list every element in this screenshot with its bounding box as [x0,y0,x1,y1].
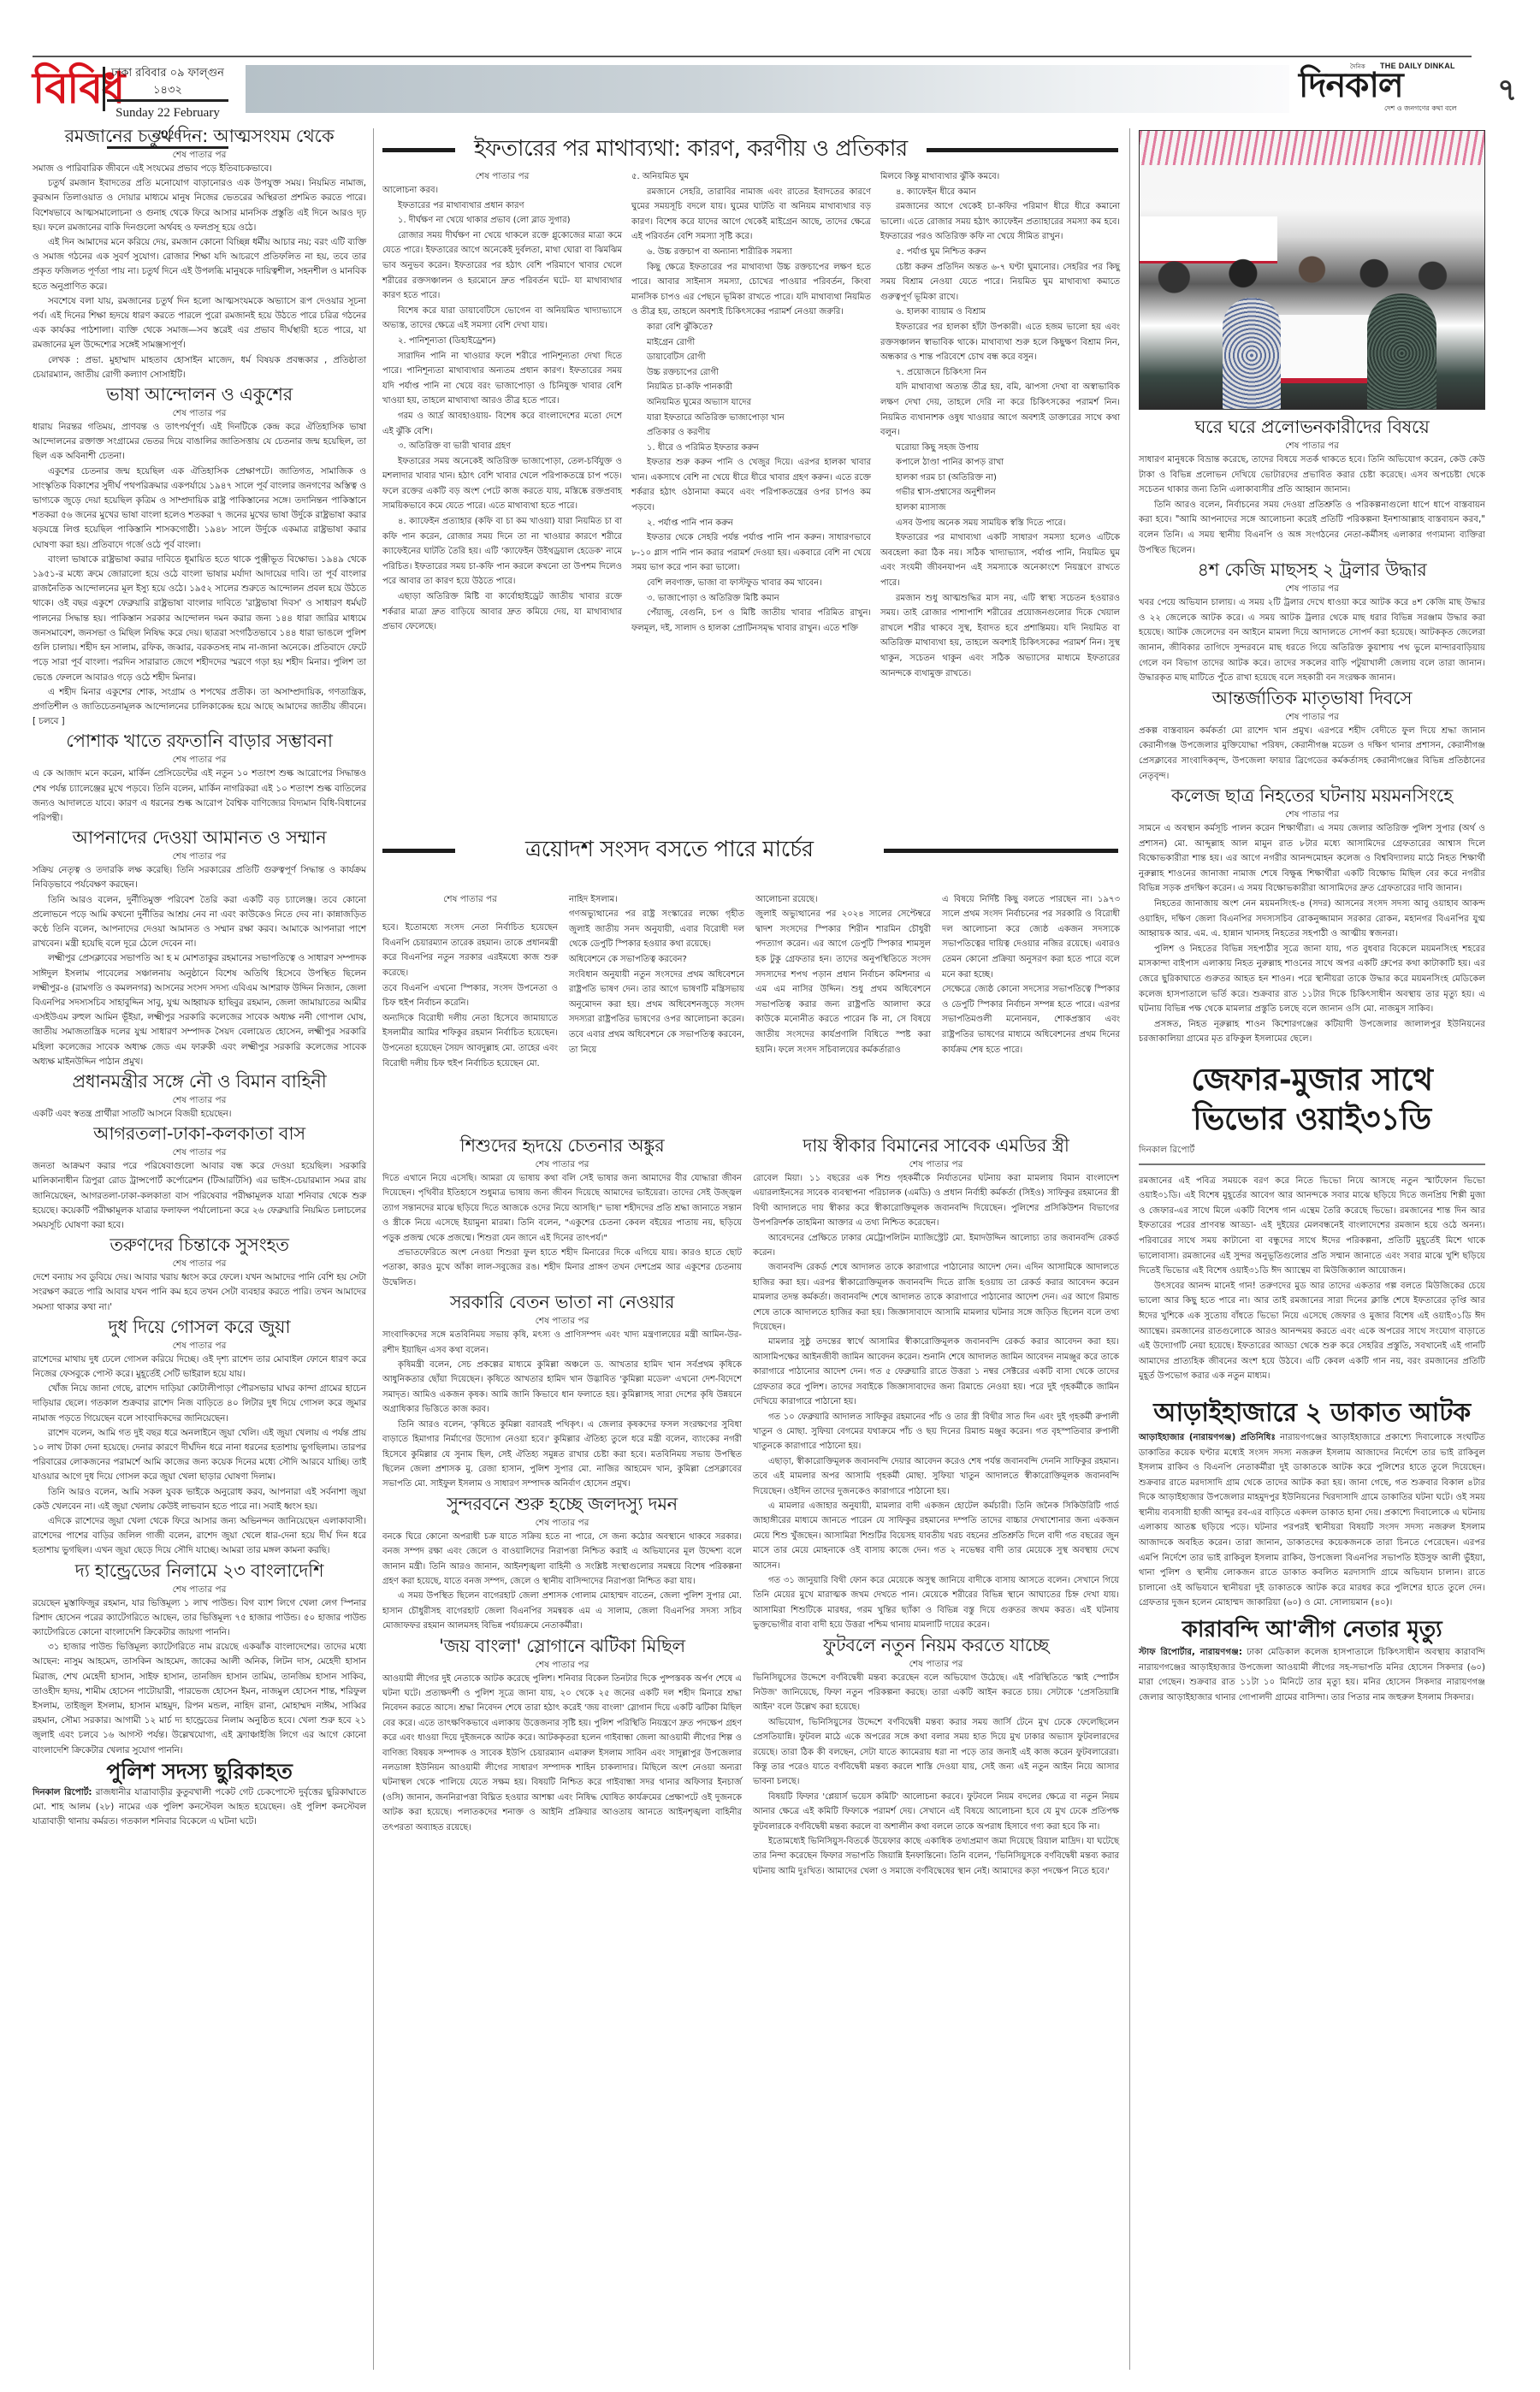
headline: ৪শ কেজি মাছসহ ২ ট্রলার উদ্ধার [1139,558,1485,582]
dateline: আড়াইহাজার (নারায়ণগঞ্জ) প্রতিনিধিঃ [1139,1433,1276,1442]
subheading: ২. পর্যাপ্ত পানি পান করুন [631,516,871,531]
parliament-headline-row: ত্রয়োদশ সংসদ বসতে পারে মার্চের [382,832,1118,869]
paragraph: ধারায় নিরন্তর গতিময়, প্রাণবন্ত ও তাৎপর… [33,420,366,465]
paragraph: গত ৩১ জানুয়ারি বিথী ফোন করে মেয়েকে অসু… [753,1573,1119,1633]
article: পোশাক খাতে রফতানি বাড়ার সম্ভাবনা শেষ পা… [33,729,366,826]
list-item: হালকা ম্যাসাজ [880,500,1120,516]
continued-label: শেষ পাতার পর [33,753,366,767]
headline: আগরতলা-ঢাকা-কলকাতা বাস [33,1122,366,1146]
paragraph: প্রভাতফেরিতে অংশ নেওয়া শিশুরা ফুল হাতে … [382,1246,742,1290]
headline-bar-right [884,849,1118,853]
headline: 'জয় বাংলা' স্লোগানে ঝটিকা মিছিল [382,1634,742,1658]
headline-line-1: জেফার-মুজার সাথে [1139,1061,1485,1100]
paragraph: সারাদিন পানি না খাওয়ার ফলে শরীরে পানিশূ… [382,349,622,409]
subheading: ঘরোয়া কিছু সহজ উপায় [880,441,1120,456]
author-note: লেখক : প্রভা. মুহাম্মাদ মাহতাব হোসাইন মা… [33,353,366,382]
paragraph: এ বিষয়ে নির্দিষ্ট কিছু বলতে পারছেন না। … [942,892,1120,1058]
paragraph: রমজানের আগে থেকেই চা-কফির পরিমাণ ধীরে ধী… [880,199,1120,245]
paragraph: এছাড়া অতিরিক্ত মিষ্টি বা কার্বোহাইড্রেট… [382,589,622,635]
list-item: উচ্চ রক্তচাপের রোগী [631,365,871,381]
paragraph: রমজান শুধু আত্মশুদ্ধির মাস নয়, এটি স্বা… [880,591,1120,682]
feature-article: জেফার-মুজার সাথে ভিভোর ওয়াই৩১ডি দিনকাল … [1139,1061,1485,1384]
continued-label: শেষ পাতার পর [33,406,366,420]
paragraph: অভিযোগ, ভিনিসিয়ুসের উদ্দেশে বর্ণবিদ্বেষ… [753,1715,1119,1790]
mid-left-column: শিশুদের হৃদয়ে চেতনার অঙ্কুর শেষ পাতার প… [382,1134,742,1835]
paragraph: ইফতারের পর হালকা হাঁটা উপকারী। এতে হজম ভ… [880,320,1120,365]
dateline: দিনকাল রিপোর্ট: [33,1787,92,1797]
paragraph: গত ১০ ফেব্রুয়ারি আদালত সাফিকুর রহমানের … [753,1410,1119,1454]
masthead-rule [33,56,1472,57]
headline-bar-right [927,148,1118,152]
subheading: ৬. হালকা ব্যায়াম ও বিশ্রাম [880,305,1120,320]
paragraph: একুশের চেতনার জন্ম হয়েছিল এক ঐতিহাসিক প… [33,465,366,553]
masthead-gradient-band [246,65,1289,113]
continued-label: শেষ পাতার পর [1139,582,1485,595]
paragraph: গরম ও আর্দ্র আবহাওয়ায়- বিশেষ করে বাংলা… [382,409,622,439]
article: দুধ দিয়ে গোসল করে জুয়া শেষ পাতার পর রা… [33,1315,366,1559]
article: 'জয় বাংলা' স্লোগানে ঝটিকা মিছিল শেষ পাত… [382,1634,742,1835]
date-bangla: ঢাকা রবিবার ০৯ ফাল্গুন ১৪৩২ [107,65,228,102]
parliament-col-1: শেষ পাতার পর হবে। ইতোমধ্যে সংসদ নেতা নির… [382,877,558,1086]
paragraph: খোঁজ নিয়ে জানা গেছে, রাশেদ দাড়িয়া কোট… [33,1382,366,1426]
paragraph: কিছু ক্ষেত্রে ইফতারের পর মাথাব্যথা উচ্চ … [631,260,871,320]
headline: প্রধানমন্ত্রীর সঙ্গে নৌ ও বিমান বাহিনী [33,1069,366,1093]
paragraph: কৃষিমন্ত্রী বলেন, সেচ প্রকল্পের মাধ্যমে … [382,1358,742,1418]
paragraph: এই দিন আমাদের মনে করিয়ে দেয়, রমজান কোন… [33,235,366,294]
headline: কলেজ ছাত্র নিহতের ঘটনায় ময়মনসিংহে [1139,784,1485,808]
parliament-col-4: এ বিষয়ে নির্দিষ্ট কিছু বলতে পারছেন না। … [942,877,1120,1073]
paragraph: জবানবন্দি রেকর্ড শেষে আদালত তাকে কারাগার… [753,1260,1119,1335]
article: দ্য হান্ড্রেডের নিলামে ২৩ বাংলাদেশি শেষ … [33,1559,366,1758]
byline-rule [1139,1163,1485,1165]
paragraph: যদি মাথাব্যথা অত্যন্ত তীব্র হয়, বমি, ঝা… [880,380,1120,440]
headline: আড়াইহাজারে ২ ডাকাত আটক [1139,1396,1485,1430]
paragraph: বনকে ঘিরে কোনো অপরাধী চক্র যাতে সক্রিয় … [382,1530,742,1590]
article: প্রধানমন্ত্রীর সঙ্গে নৌ ও বিমান বাহিনী শ… [33,1069,366,1122]
headline: ভাষা আন্দোলন ও একুশের [33,382,366,406]
paragraph: লক্ষ্মীপুর প্রেসক্লাবের সভাপতি আ হ ম মোশ… [33,951,366,1069]
continued-label: শেষ পাতার পর [1139,710,1485,724]
mid-right-column: দায় স্বীকার বিমানের সাবেক এমডির স্ত্রী … [753,1134,1119,1879]
paragraph: সামনে এ অবস্থান কর্মসূচি পালন করেন শিক্ষ… [1139,821,1485,897]
paragraph: বেশি লবণাক্ত, ভাজা বা ফাস্টফুড খাবার কম … [631,576,871,591]
page-number: ৭ [1497,67,1517,118]
paragraph: তিনি আরও বলেন, 'কৃষিতে কুমিল্লা বরাবরই প… [382,1418,742,1492]
paragraph: হবে। ইতোমধ্যে সংসদ নেতা নির্বাচিত হয়েছে… [382,921,558,1071]
paragraph: ইফতার শুরু করুন পানি ও খেজুর দিয়ে। এরপর… [631,455,871,515]
iftar-col-3: মিলবে কিন্তু মাথাব্যথার ঝুঁকি কমবে। ৪. ক… [880,169,1120,681]
headline: পুলিশ সদস্য ছুরিকাহত [33,1758,366,1785]
column-divider [373,128,374,2370]
paragraph: রাশেদ বলেন, আমি গত দুই বছর ধরে অনলাইনে জ… [33,1426,366,1485]
paragraph: রোবেল মিয়া। ১১ বছরের এক শিশু গৃহকর্মীকে… [753,1171,1119,1231]
continued-label: শেষ পাতার পর [33,1093,366,1107]
paragraph: বিষয়টি ফিফার 'প্লেয়ার্স ভয়েস কমিটি' আ… [753,1790,1119,1834]
iftar-col-1: শেষ পাতার পর আলোচনা করব। ইফতারের পর মাথা… [382,169,622,635]
article: আপনাদের দেওয়া আমানত ও সম্মান শেষ পাতার … [33,826,366,1069]
headline: দ্য হান্ড্রেডের নিলামে ২৩ বাংলাদেশি [33,1559,366,1583]
paragraph: পুলিশ ও নিহতের বিভিন্ন সহপাঠীর সূত্রে জা… [1139,942,1485,1017]
continued-label: শেষ পাতার পর [1139,439,1485,453]
headline: ইফতারের পর মাথাব্যথা: কারণ, করণীয় ও প্র… [474,131,908,169]
continued-label: শেষ পাতার পর [382,1516,742,1530]
article: সুন্দরবনে শুরু হচ্ছে জলদস্যু দমন শেষ পাত… [382,1492,742,1634]
paragraph: এছাড়া, স্বীকারোক্তিমূলক জবানবন্দি দেয়া… [753,1454,1119,1499]
headline: আপনাদের দেওয়া আমানত ও সম্মান [33,826,366,850]
paragraph: দেশে বন্যায় সব ডুবিয়ে দেয়। আবার খরায়… [33,1270,366,1315]
paragraph: ৩১ হাজার পাউন্ড ভিত্তিমূল্য ক্যাটেগরিতে … [33,1640,366,1758]
article: কারাবন্দি আ'লীগ নেতার মৃত্যু স্টাফ রিপোর… [1139,1614,1485,1705]
iftar-col-2: ৫. অনিয়মিত ঘুম রমজানে সেহরি, তারাবির না… [631,169,871,636]
paragraph: সাংবাদিকদের সঙ্গে মতবিনিময় সভায় কৃষি, … [382,1328,742,1358]
paragraph: রমজানের এই পবিত্র সময়কে বরণ করে নিতে ভি… [1139,1174,1485,1279]
paragraph: রোজার সময় দীর্ঘক্ষণ না খেয়ে থাকলে রক্ত… [382,228,622,304]
parliament-col-2: নাহিদ ইসলাম। গণঅভ্যুত্থানের পর রাষ্ট্র স… [569,877,744,1073]
paragraph: উৎসবের আনন্দ মানেই গান! তরুণদের মুড আর ত… [1139,1279,1485,1384]
list-item: ডায়াবেটিস রোগী [631,350,871,365]
paragraph: দিতে এখানে নিয়ে এসেছি। আমরা যে ভাষায় ক… [382,1171,742,1246]
article: ঘরে ঘরে প্রলোভনকারীদের বিষয়ে শেষ পাতার … [1139,415,1485,558]
paragraph: এ সময় উপস্থিত ছিলেন বাগেরহাট জেলা প্রশা… [382,1589,742,1633]
paragraph: আওয়ামী লীগের দুই নেতাকে আটক করেছে পুলিশ… [382,1672,742,1835]
article: ৪শ কেজি মাছসহ ২ ট্রলার উদ্ধার শেষ পাতার … [1139,558,1485,686]
photo-decoration [1140,131,1484,165]
paragraph: ইতোমধ্যেই ভিনিসিয়ুস-বিতর্কে উয়েফার কাছ… [753,1834,1119,1879]
photo-person [1223,298,1282,410]
list-item: যারা ইফতারে অতিরিক্ত ভাজাপোড়া খান [631,411,871,426]
list-item: হালকা গরম চা (অতিরিক্ত না) [880,471,1120,486]
paragraph: খবর পেয়ে অভিযান চালায়। এ সময় ২টি ট্রল… [1139,595,1485,686]
left-column: রমজানের চতুর্থ দিন: আত্মসংযম থেকে শেষ পা… [33,124,366,1829]
paragraph: এসব উপায় অনেক সময় সাময়িক স্বস্তি দিতে… [880,516,1120,531]
continued-label: শেষ পাতার পর [382,1658,742,1672]
article: পুলিশ সদস্য ছুরিকাহত দিনকাল রিপোর্ট: রাজ… [33,1758,366,1830]
iftar-headline-row: ইফতারের পর মাথাব্যথা: কারণ, করণীয় ও প্র… [382,131,1118,169]
headline: তরুণদের চিন্তাকে সুসংহত [33,1233,366,1257]
article: ভাষা আন্দোলন ও একুশের শেষ পাতার পর ধারায… [33,382,366,729]
article: দায় স্বীকার বিমানের সাবেক এমডির স্ত্রী … [753,1134,1119,1633]
logo-name: দিনকাল [1299,67,1403,104]
paragraph: আলোচনা করব। [382,183,622,198]
list-item: গভীর শ্বাস-প্রশ্বাসের অনুশীলন [880,485,1120,500]
subheading: ২. পানিশূন্যতা (ডিহাইড্রেশন) [382,334,622,349]
paragraph-text: নারায়ণগঞ্জের আড়াইহাজারে প্রকাশ্যে দিবা… [1139,1433,1485,1608]
headline: পোশাক খাতে রফতানি বাড়ার সম্ভাবনা [33,729,366,753]
parliament-col-3: আলোচনা রয়েছে। জুলাই অভ্যুত্থানের পর ২০২… [755,877,931,1073]
subheading: ৫. অনিয়মিত ঘুম [631,169,871,185]
paragraph: প্রসঙ্গত, নিহত নূরুল্লাহ শাওন কিশোরগঞ্জে… [1139,1017,1485,1047]
subheading: ১. ধীরে ও পরিমিত ইফতার করুন [631,441,871,456]
continued-label: শেষ পাতার পর [382,169,622,183]
paragraph: রমজানে সেহরি, তারাবির নামাজ এবং রাতের ইব… [631,185,871,245]
article: রমজানের চতুর্থ দিন: আত্মসংযম থেকে শেষ পা… [33,124,366,382]
headline: দায় স্বীকার বিমানের সাবেক এমডির স্ত্রী [753,1134,1119,1158]
paragraph: সাধারণ মানুষকে বিভ্রান্ত করেছে, তাদের বি… [1139,453,1485,498]
list-item: কপালে ঠাণ্ডা পানির কাপড় রাখা [880,455,1120,471]
article: তরুণদের চিন্তাকে সুসংহত শেষ পাতার পর দেশ… [33,1233,366,1315]
continued-label: শেষ পাতার পর [33,1583,366,1596]
list-item: নিয়মিত চা-কফি পানকারী [631,380,871,395]
list-item: অনিয়মিত ঘুমের অভ্যাস যাদের [631,395,871,411]
byline: দিনকাল রিপোর্ট [1139,1143,1485,1158]
subheading: ৩. ভাজাপোড়া ও অতিরিক্ত মিষ্টি কমান [631,591,871,607]
paragraph: আবেদনের প্রেক্ষিতে ঢাকার মেট্রোপলিটন ম্য… [753,1231,1119,1261]
headline: শিশুদের হৃদয়ে চেতনার অঙ্কুর [382,1134,742,1158]
article: আগরতলা-ঢাকা-কলকাতা বাস শেষ পাতার পর জনতা… [33,1122,366,1233]
article: আড়াইহাজারে ২ ডাকাত আটক আড়াইহাজার (নারা… [1139,1396,1485,1611]
headline: সুন্দরবনে শুরু হচ্ছে জলদস্যু দমন [382,1492,742,1516]
headline-bar-left [382,148,455,152]
newspaper-logo: দৈনিক THE DAILY DINKAL দিনকাল দেশ ও জনগণ… [1299,60,1478,116]
paragraph: মামলার সুষ্ঠু তদন্তের স্বার্থে আসামির স্… [753,1335,1119,1409]
headline-bar-left [382,849,455,853]
subheading: ৪. ক্যাফেইন ধীরে কমান [880,185,1120,200]
paragraph: তিনি আরও বলেন, দুর্নীতিমুক্ত পরিবেশ তৈরি… [33,893,366,952]
subheading: ১. দীর্ঘক্ষণ না খেয়ে থাকার প্রভাব (লো ব… [382,213,622,228]
paragraph: জনতা আক্রমণ করার পরে পরিষেবাগুলো আবার বন… [33,1159,366,1233]
paragraph: সক্রিয় নেতৃত্ব ও তদারকি লক্ষ করেছি। তিন… [33,863,366,892]
paragraph: আলোচনা রয়েছে। জুলাই অভ্যুত্থানের পর ২০২… [755,892,931,1058]
dateline: স্টাফ রিপোর্টার, নারায়ণগঞ্জ: [1139,1648,1242,1657]
paragraph: ৪. ক্যাফেইন প্রত্যাহার (কফি বা চা কম খাও… [382,514,622,589]
article: আন্তর্জাতিক মাতৃভাষা দিবসে শেষ পাতার পর … [1139,686,1485,784]
continued-label: শেষ পাতার পর [1139,808,1485,821]
paragraph: চেষ্টা করুন প্রতিদিন অন্তত ৬-৭ ঘণ্টা ঘুম… [880,260,1120,305]
paragraph: বিশেষ করে যারা ডায়াবেটিসে ভোগেন বা অনিয… [382,304,622,334]
column-divider [1129,128,1130,2370]
paragraph: বাংলা ভাষাকে রাষ্ট্রভাষা করার দাবিতে ধূম… [33,553,366,685]
headline: ত্রয়োদশ সংসদ বসতে পারে মার্চের [474,832,865,869]
news-photo [1139,130,1485,410]
paragraph: চতুর্থ রমজান ইবাদতের প্রতি মনোযোগ বাড়ান… [33,176,366,235]
logo-tagline: দেশ ও জনগণের কথা বলে [1384,104,1457,115]
continued-label: শেষ পাতার পর [382,1158,742,1171]
paragraph: নিহতের জানাজায় অংশ নেন ময়মনসিংহ-৪ (সদর… [1139,897,1485,942]
photo-person [1367,293,1436,410]
subheading: ৩. অতিরিক্ত বা ভারী খাবার গ্রহণ [382,439,622,454]
paragraph: দিনকাল রিপোর্ট: রাজধানীর যাত্রাবাড়ীর কু… [33,1785,366,1830]
paragraph: নাহিদ ইসলাম। গণঅভ্যুত্থানের পর রাষ্ট্র স… [569,892,744,1058]
paragraph: এ মামলার এজাহার অনুযায়ী, মামলার বাদী এক… [753,1499,1119,1573]
headline: কারাবন্দি আ'লীগ নেতার মৃত্যু [1139,1614,1485,1645]
paragraph: মিলবে কিন্তু মাথাব্যথার ঝুঁকি কমবে। [880,169,1120,185]
paragraph: এ শহীদ মিনার একুশের শোক, সংগ্রাম ও শপথের… [33,685,366,730]
headline: আন্তর্জাতিক মাতৃভাষা দিবসে [1139,686,1485,710]
headline: ফুটবলে নতুন নিয়ম করতে যাচ্ছে [753,1633,1119,1657]
paragraph: রাশেদের মাথায় দুধ ঢেলে গোসল করিয়ে দিচ্… [33,1353,366,1382]
subheading: ৬. উচ্চ রক্তচাপ বা অন্যান্য শারীরিক সমস্… [631,245,871,260]
continued-label: শেষ পাতার পর [753,1158,1119,1171]
continued-label: শেষ পাতার পর [382,1314,742,1328]
right-column: ঘরে ঘরে প্রলোভনকারীদের বিষয়ে শেষ পাতার … [1139,415,1485,1705]
paragraph: প্রকল্প বাস্তবায়ন কর্মকর্তা মো রাশেদ খা… [1139,724,1485,784]
article: সরকারি বেতন ভাতা না নেওয়ার শেষ পাতার পর… [382,1290,742,1491]
paragraph: আড়াইহাজার (নারায়ণগঞ্জ) প্রতিনিধিঃ নারা… [1139,1430,1485,1611]
subheading: প্রতিকার ও করণীয় [631,425,871,441]
paragraph: ভিনিসিয়ুসের উদ্দেশে বর্ণবিদ্বেষী মন্তব্… [753,1671,1119,1715]
continued-label: শেষ পাতার পর [33,850,366,863]
paragraph: রয়েছেন মুস্তাফিজুর রহমান, যার ভিত্তিমূল… [33,1596,366,1641]
article: কলেজ ছাত্র নিহতের ঘটনায় ময়মনসিংহে শেষ … [1139,784,1485,1047]
paragraph: একটি এবং স্বতন্ত্র প্রার্থীরা সাতটি আসনে… [33,1107,366,1122]
continued-label: শেষ পাতার পর [33,1257,366,1270]
paragraph: তিনি আরও বলেন, নির্বাচনের সময় দেওয়া প্… [1139,498,1485,558]
paragraph: পেঁয়াজু, বেগুনি, চপ ও মিষ্টি জাতীয় খাব… [631,606,871,636]
continued-label: শেষ পাতার পর [382,892,558,906]
subheading: ৭. প্রয়োজনে চিকিৎসা নিন [880,365,1120,381]
continued-label: শেষ পাতার পর [33,1146,366,1159]
paragraph: ইফতারের পর মাথাব্যথা একটি সাধারণ সমস্যা … [880,530,1120,590]
paragraph: ইফতারের সময় অনেকেই অতিরিক্ত ভাজাপোড়া, … [382,454,622,514]
paragraph: এদিকে রাশেদের জুয়া খেলা থেকে ফিরে আসার … [33,1514,366,1559]
headline: দুধ দিয়ে গোসল করে জুয়া [33,1315,366,1339]
paragraph: তিনি আরও বলেন, আমি সকল যুবক ভাইকে অনুরোধ… [33,1485,366,1514]
headline-line-2: ভিভোর ওয়াই৩১ডি [1139,1100,1485,1140]
paragraph: স্টাফ রিপোর্টার, নারায়ণগঞ্জ: ঢাকা মেডিক… [1139,1645,1485,1705]
headline: ঘরে ঘরে প্রলোভনকারীদের বিষয়ে [1139,415,1485,439]
continued-label: শেষ পাতার পর [753,1657,1119,1671]
paragraph: সমাজ ও পারিবারিক জীবনে এই সংযমের প্রভাব … [33,162,366,176]
list-item: মাইগ্রেন রোগী [631,335,871,351]
continued-label: শেষ পাতার পর [33,148,366,162]
subheading: ৫. পর্যাপ্ত ঘুম নিশ্চিত করুন [880,245,1120,260]
article: শিশুদের হৃদয়ে চেতনার অঙ্কুর শেষ পাতার প… [382,1134,742,1290]
article: ফুটবলে নতুন নিয়ম করতে যাচ্ছে শেষ পাতার … [753,1633,1119,1880]
masthead-separator [103,67,105,111]
subheading: কারা বেশি ঝুঁকিতে? [631,320,871,335]
subheading: ইফতারের পর মাথাব্যথার প্রধান কারণ [382,198,622,214]
continued-label: শেষ পাতার পর [33,1339,366,1353]
paragraph: এ কে আজাদ মনে করেন, মার্কিন প্রেসিডেন্টে… [33,767,366,826]
headline: সরকারি বেতন ভাতা না নেওয়ার [382,1290,742,1314]
paragraph: সবশেষে বলা যায়, রমজানের চতুর্থ দিন হলো … [33,294,366,353]
paragraph: ইফতার থেকে সেহরি পর্যন্ত পর্যাপ্ত পানি প… [631,530,871,576]
headline: রমজানের চতুর্থ দিন: আত্মসংযম থেকে [33,124,366,148]
